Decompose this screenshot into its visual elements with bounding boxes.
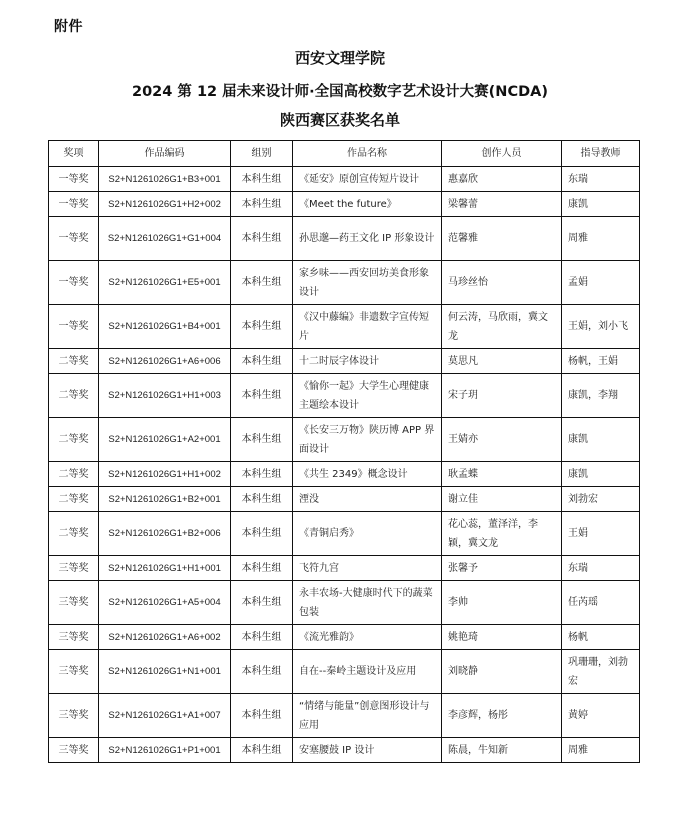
table-row: 二等奖S2+N1261026G1+H1+002本科生组《共生 2349》概念设计… bbox=[49, 462, 640, 487]
award-cell: 二等奖 bbox=[49, 487, 99, 512]
table-header-row: 奖项 作品编码 组别 作品名称 创作人员 指导教师 bbox=[49, 141, 640, 167]
advisor-cell: 任芮瑶 bbox=[562, 581, 640, 625]
award-cell: 三等奖 bbox=[49, 694, 99, 738]
header-code: 作品编码 bbox=[99, 141, 231, 167]
award-cell: 一等奖 bbox=[49, 217, 99, 261]
code-cell: S2+N1261026G1+A6+006 bbox=[99, 349, 231, 374]
creators-cell: 姚艳琦 bbox=[442, 625, 562, 650]
code-cell: S2+N1261026G1+G1+004 bbox=[99, 217, 231, 261]
table-row: 二等奖S2+N1261026G1+H1+003本科生组《愉你一起》大学生心理健康… bbox=[49, 374, 640, 418]
title-cell: 飞符九宫 bbox=[293, 556, 442, 581]
creators-cell: 宋子玥 bbox=[442, 374, 562, 418]
group-cell: 本科生组 bbox=[231, 349, 293, 374]
group-cell: 本科生组 bbox=[231, 650, 293, 694]
award-cell: 三等奖 bbox=[49, 581, 99, 625]
table-row: 一等奖S2+N1261026G1+G1+004本科生组孙思邈—药王文化 IP 形… bbox=[49, 217, 640, 261]
creators-cell: 范馨雅 bbox=[442, 217, 562, 261]
code-cell: S2+N1261026G1+H2+002 bbox=[99, 192, 231, 217]
advisor-cell: 黄婷 bbox=[562, 694, 640, 738]
group-cell: 本科生组 bbox=[231, 462, 293, 487]
group-cell: 本科生组 bbox=[231, 625, 293, 650]
advisor-cell: 孟娟 bbox=[562, 261, 640, 305]
award-cell: 二等奖 bbox=[49, 418, 99, 462]
title-cell: 《Meet the future》 bbox=[293, 192, 442, 217]
group-cell: 本科生组 bbox=[231, 694, 293, 738]
institution-title: 西安文理学院 bbox=[0, 47, 680, 68]
award-cell: 三等奖 bbox=[49, 650, 99, 694]
creators-cell: 莫思凡 bbox=[442, 349, 562, 374]
advisor-cell: 东瑞 bbox=[562, 556, 640, 581]
table-row: 三等奖S2+N1261026G1+H1+001本科生组飞符九宫张馨予东瑞 bbox=[49, 556, 640, 581]
creators-cell: 李帅 bbox=[442, 581, 562, 625]
award-cell: 三等奖 bbox=[49, 625, 99, 650]
creators-cell: 陈晨，牛知新 bbox=[442, 738, 562, 763]
table-row: 三等奖S2+N1261026G1+A5+004本科生组永丰农场-大健康时代下的蔬… bbox=[49, 581, 640, 625]
group-cell: 本科生组 bbox=[231, 512, 293, 556]
title-cell: 《长安三万物》陕历博 APP 界面设计 bbox=[293, 418, 442, 462]
advisor-cell: 康凯，李翔 bbox=[562, 374, 640, 418]
code-cell: S2+N1261026G1+A6+002 bbox=[99, 625, 231, 650]
table-row: 一等奖S2+N1261026G1+H2+002本科生组《Meet the fut… bbox=[49, 192, 640, 217]
header-creators: 创作人员 bbox=[442, 141, 562, 167]
award-cell: 三等奖 bbox=[49, 556, 99, 581]
group-cell: 本科生组 bbox=[231, 261, 293, 305]
award-cell: 一等奖 bbox=[49, 167, 99, 192]
award-cell: 一等奖 bbox=[49, 192, 99, 217]
table-body: 一等奖S2+N1261026G1+B3+001本科生组《延安》原创宣传短片设计惠… bbox=[49, 167, 640, 763]
header-award: 奖项 bbox=[49, 141, 99, 167]
advisor-cell: 巩珊珊，刘勃宏 bbox=[562, 650, 640, 694]
code-cell: S2+N1261026G1+H1+003 bbox=[99, 374, 231, 418]
title-cell: 安塞腰鼓 IP 设计 bbox=[293, 738, 442, 763]
code-cell: S2+N1261026G1+B2+001 bbox=[99, 487, 231, 512]
creators-cell: 马珍丝怡 bbox=[442, 261, 562, 305]
awards-table: 奖项 作品编码 组别 作品名称 创作人员 指导教师 一等奖S2+N1261026… bbox=[48, 140, 640, 763]
advisor-cell: 周雅 bbox=[562, 738, 640, 763]
advisor-cell: 王娟 bbox=[562, 512, 640, 556]
code-cell: S2+N1261026G1+H1+001 bbox=[99, 556, 231, 581]
competition-title: 2024 第 12 届未来设计师·全国高校数字艺术设计大赛(NCDA) bbox=[0, 80, 680, 101]
group-cell: 本科生组 bbox=[231, 418, 293, 462]
creators-cell: 刘晓静 bbox=[442, 650, 562, 694]
award-cell: 二等奖 bbox=[49, 462, 99, 487]
creators-cell: 谢立佳 bbox=[442, 487, 562, 512]
title-cell: 孙思邈—药王文化 IP 形象设计 bbox=[293, 217, 442, 261]
advisor-cell: 刘勃宏 bbox=[562, 487, 640, 512]
title-cell: 《青铜启秀》 bbox=[293, 512, 442, 556]
header-group: 组别 bbox=[231, 141, 293, 167]
award-cell: 二等奖 bbox=[49, 349, 99, 374]
title-cell: 《共生 2349》概念设计 bbox=[293, 462, 442, 487]
creators-cell: 张馨予 bbox=[442, 556, 562, 581]
award-cell: 三等奖 bbox=[49, 738, 99, 763]
creators-cell: 惠嘉欣 bbox=[442, 167, 562, 192]
code-cell: S2+N1261026G1+H1+002 bbox=[99, 462, 231, 487]
award-cell: 一等奖 bbox=[49, 305, 99, 349]
group-cell: 本科生组 bbox=[231, 305, 293, 349]
award-cell: 二等奖 bbox=[49, 512, 99, 556]
advisor-cell: 东瑞 bbox=[562, 167, 640, 192]
list-title: 陕西赛区获奖名单 bbox=[0, 109, 680, 130]
advisor-cell: 杨帆 bbox=[562, 625, 640, 650]
code-cell: S2+N1261026G1+B3+001 bbox=[99, 167, 231, 192]
title-cell: “情绪与能量”创意图形设计与应用 bbox=[293, 694, 442, 738]
code-cell: S2+N1261026G1+N1+001 bbox=[99, 650, 231, 694]
advisor-cell: 周雅 bbox=[562, 217, 640, 261]
code-cell: S2+N1261026G1+P1+001 bbox=[99, 738, 231, 763]
header-title: 作品名称 bbox=[293, 141, 442, 167]
group-cell: 本科生组 bbox=[231, 217, 293, 261]
table-row: 二等奖S2+N1261026G1+B2+001本科生组湮没谢立佳刘勃宏 bbox=[49, 487, 640, 512]
title-cell: 十二时辰字体设计 bbox=[293, 349, 442, 374]
code-cell: S2+N1261026G1+A1+007 bbox=[99, 694, 231, 738]
code-cell: S2+N1261026G1+B4+001 bbox=[99, 305, 231, 349]
title-cell: 《延安》原创宣传短片设计 bbox=[293, 167, 442, 192]
table-row: 三等奖S2+N1261026G1+N1+001本科生组自在--秦岭主题设计及应用… bbox=[49, 650, 640, 694]
table-row: 一等奖S2+N1261026G1+E5+001本科生组家乡味——西安回坊美食形象… bbox=[49, 261, 640, 305]
advisor-cell: 康凯 bbox=[562, 192, 640, 217]
table-row: 三等奖S2+N1261026G1+P1+001本科生组安塞腰鼓 IP 设计陈晨，… bbox=[49, 738, 640, 763]
title-cell: 自在--秦岭主题设计及应用 bbox=[293, 650, 442, 694]
creators-cell: 梁馨蕾 bbox=[442, 192, 562, 217]
code-cell: S2+N1261026G1+B2+006 bbox=[99, 512, 231, 556]
award-cell: 一等奖 bbox=[49, 261, 99, 305]
group-cell: 本科生组 bbox=[231, 167, 293, 192]
title-cell: 湮没 bbox=[293, 487, 442, 512]
table-row: 一等奖S2+N1261026G1+B4+001本科生组《汉中藤编》非遗数字宣传短… bbox=[49, 305, 640, 349]
award-cell: 二等奖 bbox=[49, 374, 99, 418]
code-cell: S2+N1261026G1+A5+004 bbox=[99, 581, 231, 625]
title-cell: 《流光雅韵》 bbox=[293, 625, 442, 650]
table-row: 一等奖S2+N1261026G1+B3+001本科生组《延安》原创宣传短片设计惠… bbox=[49, 167, 640, 192]
table-row: 三等奖S2+N1261026G1+A6+002本科生组《流光雅韵》姚艳琦杨帆 bbox=[49, 625, 640, 650]
table-row: 二等奖S2+N1261026G1+B2+006本科生组《青铜启秀》花心蕊，董泽洋… bbox=[49, 512, 640, 556]
advisor-cell: 杨帆，王娟 bbox=[562, 349, 640, 374]
title-cell: 《汉中藤编》非遗数字宣传短片 bbox=[293, 305, 442, 349]
creators-cell: 耿孟蝶 bbox=[442, 462, 562, 487]
group-cell: 本科生组 bbox=[231, 738, 293, 763]
creators-cell: 花心蕊，董泽洋，李颖，冀文龙 bbox=[442, 512, 562, 556]
creators-cell: 李彦辉，杨彤 bbox=[442, 694, 562, 738]
header-advisor: 指导教师 bbox=[562, 141, 640, 167]
table-row: 二等奖S2+N1261026G1+A6+006本科生组十二时辰字体设计莫思凡杨帆… bbox=[49, 349, 640, 374]
table-row: 三等奖S2+N1261026G1+A1+007本科生组“情绪与能量”创意图形设计… bbox=[49, 694, 640, 738]
group-cell: 本科生组 bbox=[231, 374, 293, 418]
title-cell: 《愉你一起》大学生心理健康主题绘本设计 bbox=[293, 374, 442, 418]
group-cell: 本科生组 bbox=[231, 192, 293, 217]
code-cell: S2+N1261026G1+A2+001 bbox=[99, 418, 231, 462]
title-cell: 永丰农场-大健康时代下的蔬菜包装 bbox=[293, 581, 442, 625]
creators-cell: 王婧亦 bbox=[442, 418, 562, 462]
advisor-cell: 王娟，刘小飞 bbox=[562, 305, 640, 349]
title-cell: 家乡味——西安回坊美食形象设计 bbox=[293, 261, 442, 305]
advisor-cell: 康凯 bbox=[562, 418, 640, 462]
table-row: 二等奖S2+N1261026G1+A2+001本科生组《长安三万物》陕历博 AP… bbox=[49, 418, 640, 462]
code-cell: S2+N1261026G1+E5+001 bbox=[99, 261, 231, 305]
attachment-label: 附件 bbox=[54, 16, 83, 36]
creators-cell: 何云涛，马欣雨，冀文龙 bbox=[442, 305, 562, 349]
group-cell: 本科生组 bbox=[231, 487, 293, 512]
group-cell: 本科生组 bbox=[231, 581, 293, 625]
advisor-cell: 康凯 bbox=[562, 462, 640, 487]
group-cell: 本科生组 bbox=[231, 556, 293, 581]
